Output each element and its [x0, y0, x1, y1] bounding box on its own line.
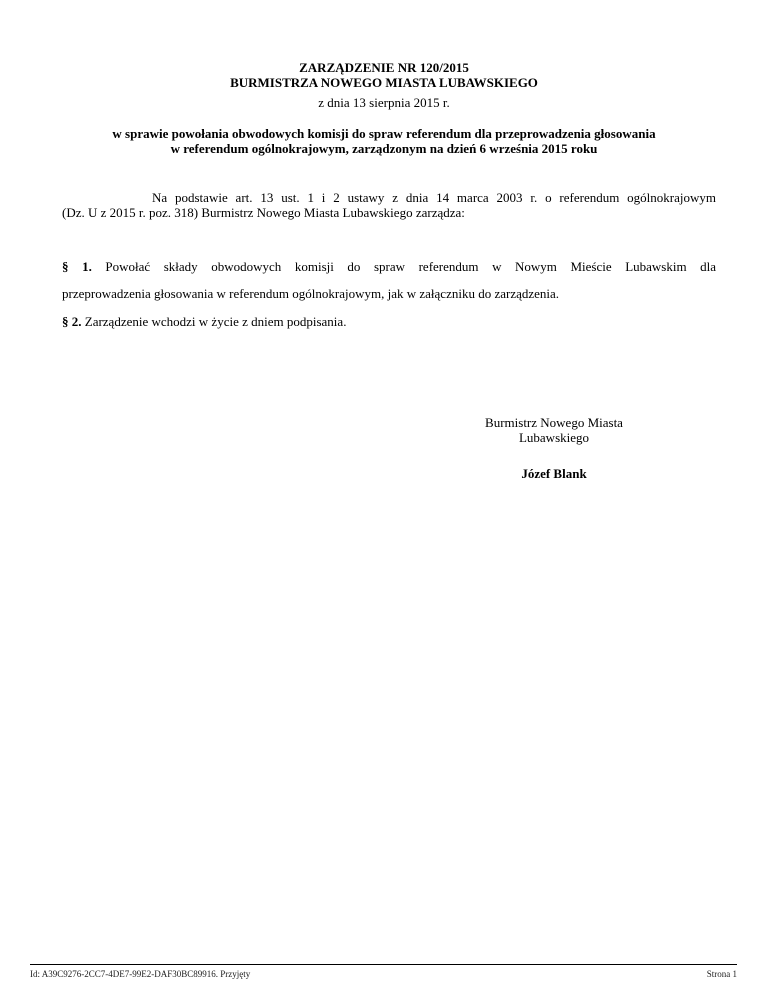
title-line-1: ZARZĄDZENIE NR 120/2015 — [0, 60, 768, 75]
footer-page-number: Strona 1 — [707, 969, 737, 980]
footer-document-id: Id: A39C9276-2CC7-4DE7-99E2-DAF30BC89916… — [30, 969, 250, 980]
paragraph-2-line-1: Zarządzenie wchodzi w życie z dniem podp… — [85, 314, 347, 329]
footer-divider — [30, 964, 737, 965]
subject-line-2: w referendum ogólnokrajowym, zarządzonym… — [0, 141, 768, 156]
paragraph-1-line-1: Powołać składy obwodowych komisji do spr… — [105, 259, 716, 274]
preamble-line-1: Na podstawie art. 13 ust. 1 i 2 ustawy z… — [62, 190, 716, 205]
paragraph-1-line-2: przeprowadzenia głosowania w referendum … — [62, 286, 716, 301]
preamble-line-2: (Dz. U z 2015 r. poz. 318) Burmistrz Now… — [62, 205, 716, 220]
preamble: Na podstawie art. 13 ust. 1 i 2 ustawy z… — [62, 190, 716, 220]
paragraph-1: § 1. Powołać składy obwodowych komisji d… — [62, 259, 716, 301]
subject-line-1: w sprawie powołania obwodowych komisji d… — [0, 126, 768, 141]
paragraph-2-label: § 2. — [62, 314, 82, 329]
paragraph-2: § 2. Zarządzenie wchodzi w życie z dniem… — [62, 314, 716, 329]
paragraph-1-label: § 1. — [62, 259, 92, 274]
signature-name: Józef Blank — [452, 466, 656, 481]
document-subject: w sprawie powołania obwodowych komisji d… — [0, 126, 768, 156]
signature-block: Burmistrz Nowego Miasta Lubawskiego Józe… — [452, 415, 656, 481]
document-date: z dnia 13 sierpnia 2015 r. — [0, 95, 768, 110]
signature-office-line-2: Lubawskiego — [452, 430, 656, 445]
title-line-2: BURMISTRZA NOWEGO MIASTA LUBAWSKIEGO — [0, 75, 768, 90]
document-title: ZARZĄDZENIE NR 120/2015 BURMISTRZA NOWEG… — [0, 60, 768, 90]
signature-office-line-1: Burmistrz Nowego Miasta — [452, 415, 656, 430]
